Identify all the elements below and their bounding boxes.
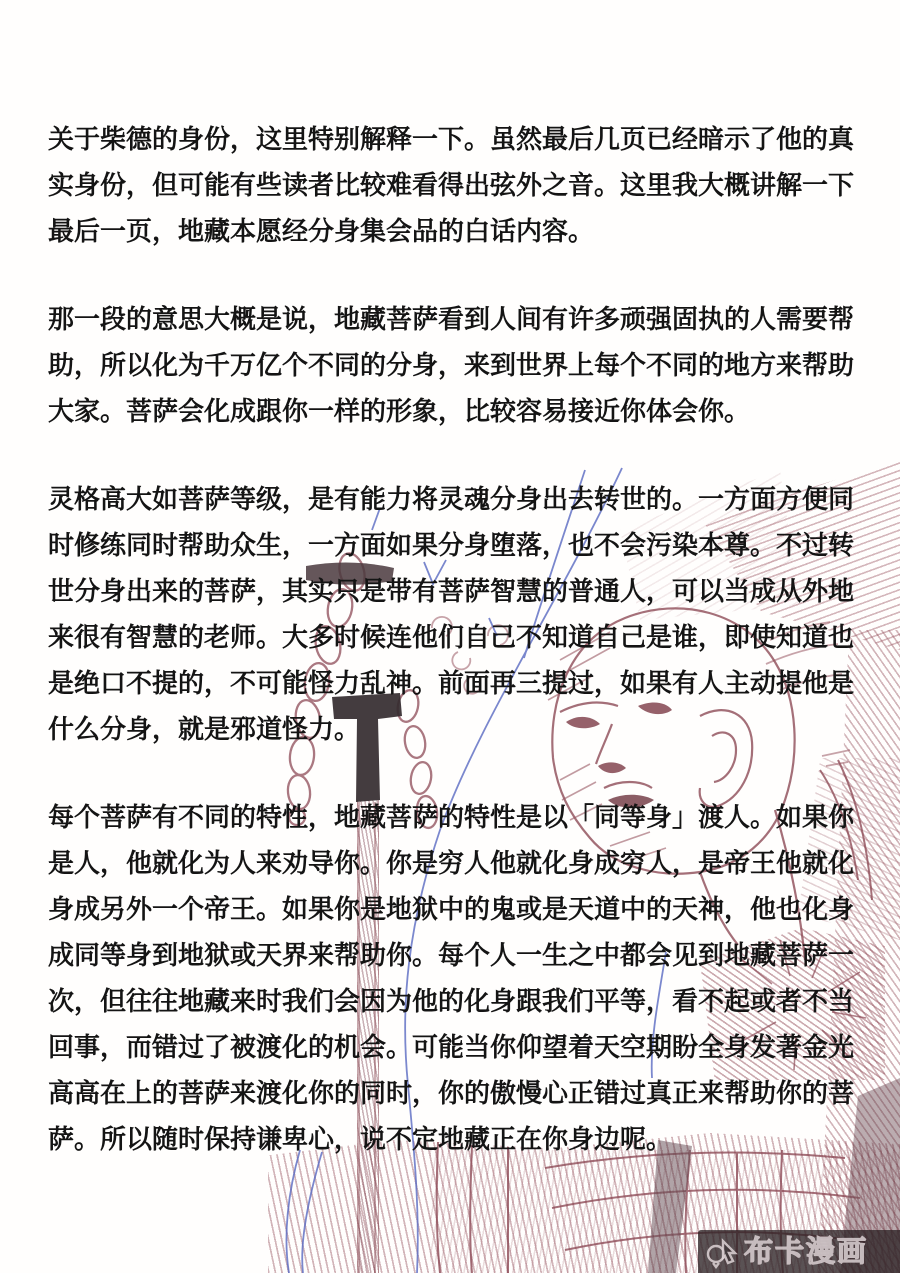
paragraph-3: 灵格高大如菩萨等级，是有能力将灵魂分身出去转世的。一方面方便同时修练同时帮助众生… [48,477,860,753]
text-line: 什么分身，就是邪道怪力。 [48,707,860,753]
text-line: 时修练同时帮助众生，一方面如果分身堕落，也不会污染本尊。不过转 [48,523,860,569]
watermark-text: 布卡漫画 [744,1237,868,1266]
paragraph-4: 每个菩萨有不同的特性，地藏菩萨的特性是以「同等身」渡人。如果你是人，他就化为人来… [48,795,860,1163]
text-line: 高高在上的菩萨来渡化你的同时，你的傲慢心正错过真正来帮助你的菩 [48,1071,860,1117]
text-line: 回事，而错过了被渡化的机会。可能当你仰望着天空期盼全身发著金光 [48,1025,860,1071]
paragraph-2: 那一段的意思大概是说，地藏菩萨看到人间有许多顽强固执的人需要帮助，所以化为千万亿… [48,297,860,435]
text-line: 每个菩萨有不同的特性，地藏菩萨的特性是以「同等身」渡人。如果你 [48,795,860,841]
text-line: 次，但往往地藏来时我们会因为他的化身跟我们平等，看不起或者不当 [48,979,860,1025]
watermark-buka: 布卡漫画 [698,1230,900,1273]
text-line: 大家。菩萨会化成跟你一样的形象，比较容易接近你体会你。 [48,389,860,435]
text-line: 萨。所以随时保持谦卑心，说不定地藏正在你身边呢。 [48,1117,860,1163]
manga-afterword-page: 关于柴德的身份，这里特别解释一下。虽然最后几页已经暗示了他的真实身份，但可能有些… [0,0,900,1273]
text-line: 最后一页，地藏本愿经分身集会品的白话内容。 [48,209,860,255]
text-line: 身成另外一个帝王。如果你是地狱中的鬼或是天道中的天神，他也化身 [48,887,860,933]
text-line: 成同等身到地狱或天界来帮助你。每个人一生之中都会见到地藏菩萨一 [48,933,860,979]
text-line: 那一段的意思大概是说，地藏菩萨看到人间有许多顽强固执的人需要帮 [48,297,860,343]
text-line: 是绝口不提的，不可能怪力乱神。前面再三提过，如果有人主动提他是 [48,661,860,707]
text-line: 来很有智慧的老师。大多时候连他们自己不知道自己是谁，即使知道也 [48,615,860,661]
text-line: 灵格高大如菩萨等级，是有能力将灵魂分身出去转世的。一方面方便同 [48,477,860,523]
text-line: 助，所以化为千万亿个不同的分身，来到世界上每个不同的地方来帮助 [48,343,860,389]
buka-logo-icon [703,1234,739,1270]
article-text: 关于柴德的身份，这里特别解释一下。虽然最后几页已经暗示了他的真实身份，但可能有些… [48,117,860,1205]
text-line: 实身份，但可能有些读者比较难看得出弦外之音。这里我大概讲解一下 [48,163,860,209]
paragraph-1: 关于柴德的身份，这里特别解释一下。虽然最后几页已经暗示了他的真实身份，但可能有些… [48,117,860,255]
text-line: 是人，他就化为人来劝导你。你是穷人他就化身成穷人，是帝王他就化 [48,841,860,887]
text-line: 关于柴德的身份，这里特别解释一下。虽然最后几页已经暗示了他的真 [48,117,860,163]
text-line: 世分身出来的菩萨，其实只是带有菩萨智慧的普通人，可以当成从外地 [48,569,860,615]
